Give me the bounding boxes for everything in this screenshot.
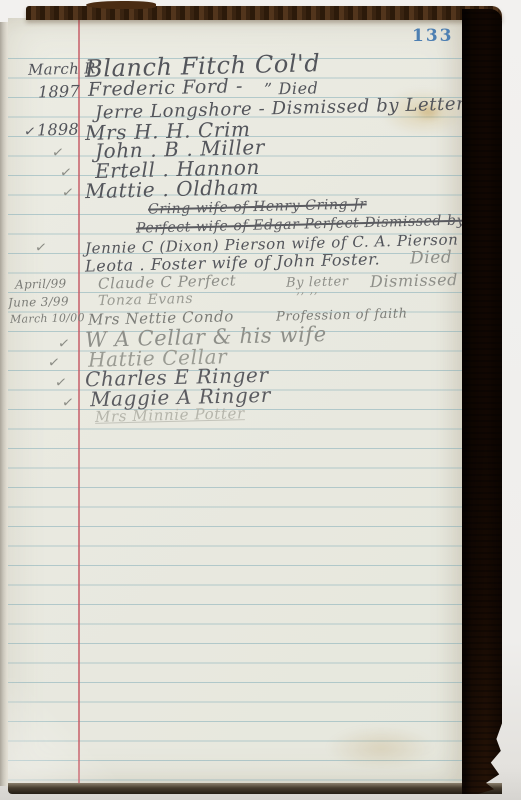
entry-name: Frederic Ford - — [88, 75, 244, 101]
entry-note: ’’ ’’ — [296, 290, 318, 305]
photo-background: 133 March R Blanch Fitch Col'd 1897 Fred… — [0, 0, 521, 800]
entry-date: April/99 — [15, 276, 67, 291]
book-cover-top-edge — [26, 6, 502, 20]
checkmark-icon: ✓ — [61, 184, 75, 201]
checkmark-icon: ✓ — [34, 239, 48, 256]
checkmark-icon: ✓ — [23, 123, 37, 140]
entry-note: ” Died — [264, 78, 319, 98]
entry-date: 1897 — [38, 81, 80, 101]
entry-note: Dismissed — [370, 270, 458, 291]
checkmark-icon: ✓ — [57, 335, 71, 352]
entry-name: Claude C Perfect — [98, 271, 237, 292]
checkmark-icon: ✓ — [59, 164, 73, 181]
ledger-entries: March R Blanch Fitch Col'd 1897 Frederic… — [8, 18, 466, 784]
entry-name: Tonza Evans — [98, 291, 194, 309]
checkmark-icon: ✓ — [61, 394, 75, 411]
entry-note: By letter — [286, 274, 349, 291]
entry-name: Mrs Minnie Potter — [95, 404, 245, 426]
entry-date: 1898 — [37, 119, 79, 139]
entry-date: June 3/99 — [8, 294, 69, 309]
book-bottom-edge — [8, 783, 502, 794]
checkmark-icon: ✓ — [51, 144, 65, 161]
ledger-page: 133 March R Blanch Fitch Col'd 1897 Fred… — [8, 18, 466, 784]
entry-note: Died — [410, 247, 453, 268]
entry-date: March 10/00 — [10, 311, 85, 326]
book-cover-right-edge — [462, 9, 502, 794]
checkmark-icon: ✓ — [54, 374, 68, 391]
checkmark-icon: ✓ — [47, 354, 61, 371]
